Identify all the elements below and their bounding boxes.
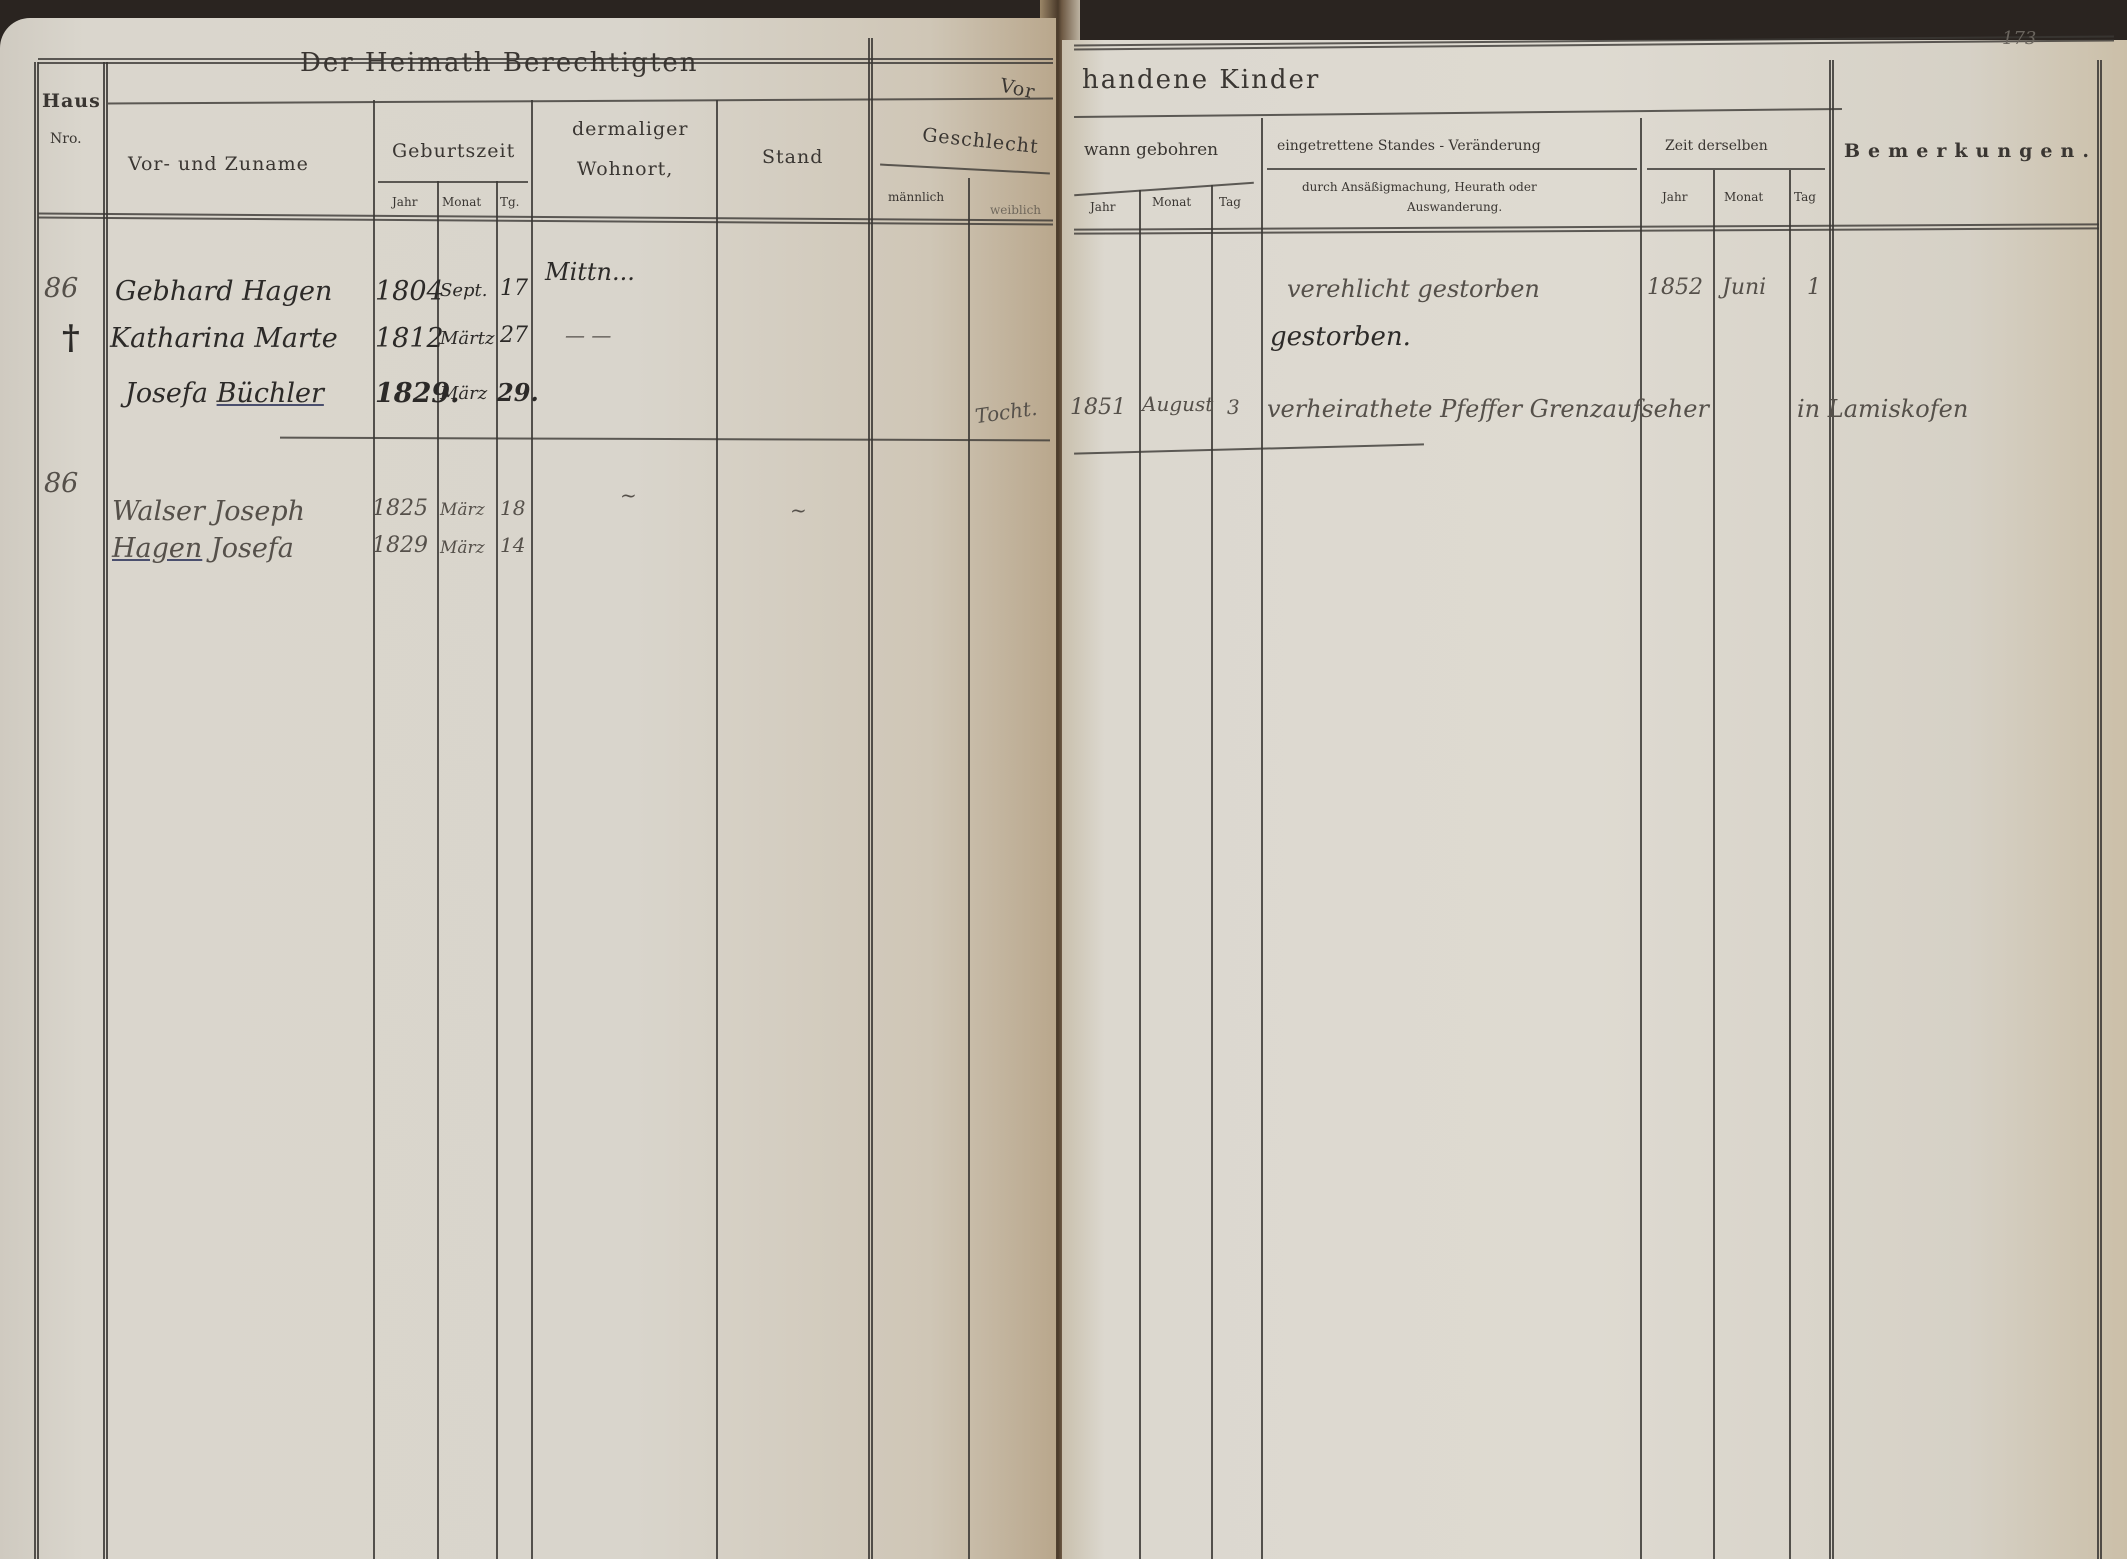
person-name: Josefa Büchler <box>125 378 324 409</box>
section-rule <box>108 98 1053 105</box>
name-header: Vor- und Zuname <box>128 153 309 175</box>
time-month-header: Monat <box>1724 190 1763 204</box>
time-header: Zeit derselben <box>1665 138 1768 154</box>
born-day: 3 <box>1227 395 1240 419</box>
birth-header: Geburtszeit <box>392 140 515 162</box>
surname-underlined: Büchler <box>217 378 324 409</box>
born-month-header: Monat <box>1152 195 1191 209</box>
haus-header: Haus <box>42 90 101 112</box>
female-header: weiblich <box>990 203 1041 217</box>
outer-border-left <box>34 62 39 1559</box>
birth-subrule <box>378 181 528 183</box>
residence-header-line2: Wohnort, <box>577 158 673 180</box>
birth-month: März <box>440 383 487 404</box>
house-number: 86 <box>44 273 78 304</box>
sex-female-entry: Tocht. <box>974 396 1039 428</box>
outer-border-right <box>2097 60 2102 1559</box>
bemerkungen-divider <box>1829 60 1834 1559</box>
status-change-text: gestorben. <box>1270 322 1411 352</box>
person-name: Katharina Marte <box>110 323 338 354</box>
time-year: 1852 <box>1647 275 1703 300</box>
person-name: Walser Joseph <box>112 496 305 527</box>
residence-ditto: — — <box>565 323 611 347</box>
change-time-divider <box>1640 118 1642 1559</box>
maennlich-weiblich-divider <box>968 178 970 1559</box>
surname-underlined: Hagen <box>112 533 202 564</box>
birth-month: März <box>440 500 485 520</box>
stand-geschlecht-divider <box>868 38 873 1559</box>
time-monat-tag-divider <box>1789 170 1791 1559</box>
first-name: Josefa <box>211 533 294 564</box>
birth-month: Märtz <box>440 328 494 349</box>
nro-header: Nro. <box>50 131 82 147</box>
birth-year-header: Jahr <box>392 195 417 209</box>
name-geburt-divider <box>373 100 375 1559</box>
birth-month: März <box>440 538 485 558</box>
wohnort-stand-divider <box>716 100 718 1559</box>
time-month: Juni <box>1722 275 1766 300</box>
status-ditto: ~ <box>790 498 807 522</box>
change-subrule <box>1267 168 1637 170</box>
time-day: 1 <box>1807 275 1821 300</box>
status-change-sub-1: durch Ansäßigmachung, Heurath oder <box>1302 180 1537 194</box>
page-number: 173 <box>2002 28 2036 49</box>
section-rule <box>1074 108 1842 118</box>
birth-day: 17 <box>500 276 528 301</box>
tag-wohnort-divider <box>531 100 533 1559</box>
residence-header-line1: dermaliger <box>572 118 688 140</box>
born-header: wann gebohren <box>1084 140 1218 160</box>
time-subrule <box>1647 168 1825 170</box>
born-jahr-monat-divider <box>1139 190 1141 1559</box>
birth-day: 27 <box>500 323 528 348</box>
born-year-header: Jahr <box>1090 200 1115 214</box>
birth-day: 29. <box>497 378 539 407</box>
right-page: 173 handene Kinder wann gebohren Jahr Mo… <box>1062 40 2127 1559</box>
male-header: männlich <box>888 190 944 204</box>
status-header: Stand <box>762 146 823 168</box>
haus-column-divider <box>103 62 108 1559</box>
header-bottom-rule <box>1074 223 2099 234</box>
status-change-text: verheirathete Pfeffer Grenzaufseher <box>1267 395 1709 423</box>
born-day-header: Tag <box>1219 195 1241 209</box>
birth-day-header: Tg. <box>500 195 520 209</box>
header-bottom-rule <box>38 212 1053 225</box>
entry-separator <box>280 437 1050 441</box>
birth-year: 1812 <box>375 323 444 354</box>
birth-month-header: Monat <box>442 195 481 209</box>
sex-subrule <box>880 164 1050 174</box>
deceased-cross-icon: † <box>62 318 80 358</box>
house-number: 86 <box>44 468 78 499</box>
first-name: Josefa <box>125 378 217 409</box>
born-change-divider <box>1261 118 1263 1559</box>
birth-year: 1804 <box>375 276 444 307</box>
section-title: handene Kinder <box>1082 65 1320 95</box>
born-subrule <box>1074 182 1254 196</box>
birth-year: 1829 <box>372 533 428 558</box>
status-change-sub-2: Auswanderung. <box>1407 200 1502 214</box>
time-year-header: Jahr <box>1662 190 1687 204</box>
top-rule <box>1074 35 2114 50</box>
sex-header: Geschlecht <box>921 124 1040 158</box>
left-page: Der Heimath Berechtigten Haus Nro. Vor- … <box>0 18 1056 1559</box>
remarks-header: Bemerkungen. <box>1844 140 2097 162</box>
residence-ditto: ~ <box>620 483 637 507</box>
birth-year: 1825 <box>372 496 428 521</box>
person-name: Hagen Josefa <box>112 533 294 564</box>
born-year: 1851 <box>1070 395 1126 420</box>
time-day-header: Tag <box>1794 190 1816 204</box>
remarks-text: in Lamiskofen <box>1797 395 1968 423</box>
entry-separator <box>1074 443 1424 454</box>
birth-day: 18 <box>500 496 525 520</box>
status-change-text: verehlicht gestorben <box>1287 275 1540 303</box>
time-jahr-monat-divider <box>1713 170 1715 1559</box>
person-name: Gebhard Hagen <box>115 276 332 307</box>
birth-month: Sept. <box>440 280 487 301</box>
section-title: Der Heimath Berechtigten <box>300 48 699 78</box>
residence: Mittn... <box>545 258 635 286</box>
born-month: August <box>1142 392 1213 416</box>
birth-day: 14 <box>500 533 525 557</box>
status-change-header: eingetrettene Standes - Veränderung <box>1277 138 1541 154</box>
